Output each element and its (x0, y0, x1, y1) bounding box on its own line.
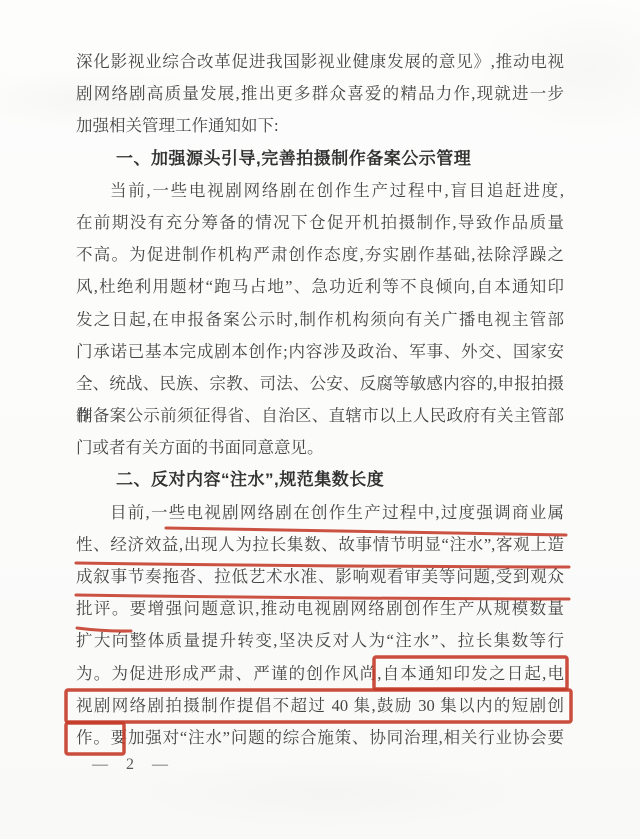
text-line: 批评。要增强问题意识,推动电视剧网络剧创作生产从规模数量 (76, 593, 564, 625)
text-line: 性、经济效益,出现人为拉长集数、故事情节明显“注水”,客观上造 (76, 529, 564, 561)
text-line: 风,杜绝利用题材“跑马占地”、急功近利等不良倾向,自本通知印 (76, 271, 564, 303)
text-line: 目前,一些电视剧网络剧在创作生产过程中,过度强调商业属 (76, 497, 564, 529)
text-line: 门承诺已基本完成剧本创作;内容涉及政治、军事、外交、国家安 (76, 336, 564, 368)
text-line: 不高。为促进制作机构严肃创作态度,夯实剧作基础,祛除浮躁之 (76, 239, 564, 271)
text-line: 为。为促进形成严肃、严谨的创作风尚,自本通知印发之日起,电 (76, 658, 564, 690)
scanned-document-page: 深化影视业综合改革促进我国影视业健康发展的意见》,推动电视剧网络剧高质量发展,推… (0, 0, 640, 839)
text-line: 深化影视业综合改革促进我国影视业健康发展的意见》,推动电视 (76, 46, 564, 78)
text-line: 剧网络剧高质量发展,推出更多群众喜爱的精品力作,现就进一步 (76, 78, 564, 110)
text-line: 扩大向整体质量提升转变,坚决反对人为“注水”、拉长集数等行 (76, 625, 564, 657)
text-line: 门或者有关方面的书面同意意见。 (76, 432, 564, 464)
text-line: 全、统战、民族、宗教、司法、公安、反腐等敏感内容的,申报拍摄制 (76, 368, 564, 400)
text-line: 成叙事节奏拖沓、拉低艺术水准、影响观看审美等问题,受到观众 (76, 561, 564, 593)
document-body: 深化影视业综合改革促进我国影视业健康发展的意见》,推动电视剧网络剧高质量发展,推… (76, 46, 564, 754)
section-heading: 二、反对内容“注水”,规范集数长度 (76, 464, 564, 496)
text-line: 在前期没有充分筹备的情况下仓促开机拍摄制作,导致作品质量 (76, 207, 564, 239)
scan-smudge (120, 759, 540, 829)
text-line: 加强相关管理工作通知如下: (76, 110, 564, 142)
section-heading: 一、加强源头引导,完善拍摄制作备案公示管理 (76, 143, 564, 175)
text-line: 当前,一些电视剧网络剧在创作生产过程中,盲目追赶进度, (76, 175, 564, 207)
text-line: 作备案公示前须征得省、自治区、直辖市以上人民政府有关主管部 (76, 400, 564, 432)
page-number: — 2 — (92, 756, 175, 774)
text-line: 发之日起,在申报备案公示时,制作机构须向有关广播电视主管部 (76, 304, 564, 336)
text-line: 作。要加强对“注水”问题的综合施策、协同治理,相关行业协会要 (76, 722, 564, 754)
text-line: 视剧网络剧拍摄制作提倡不超过 40 集,鼓励 30 集以内的短剧创 (76, 690, 564, 722)
